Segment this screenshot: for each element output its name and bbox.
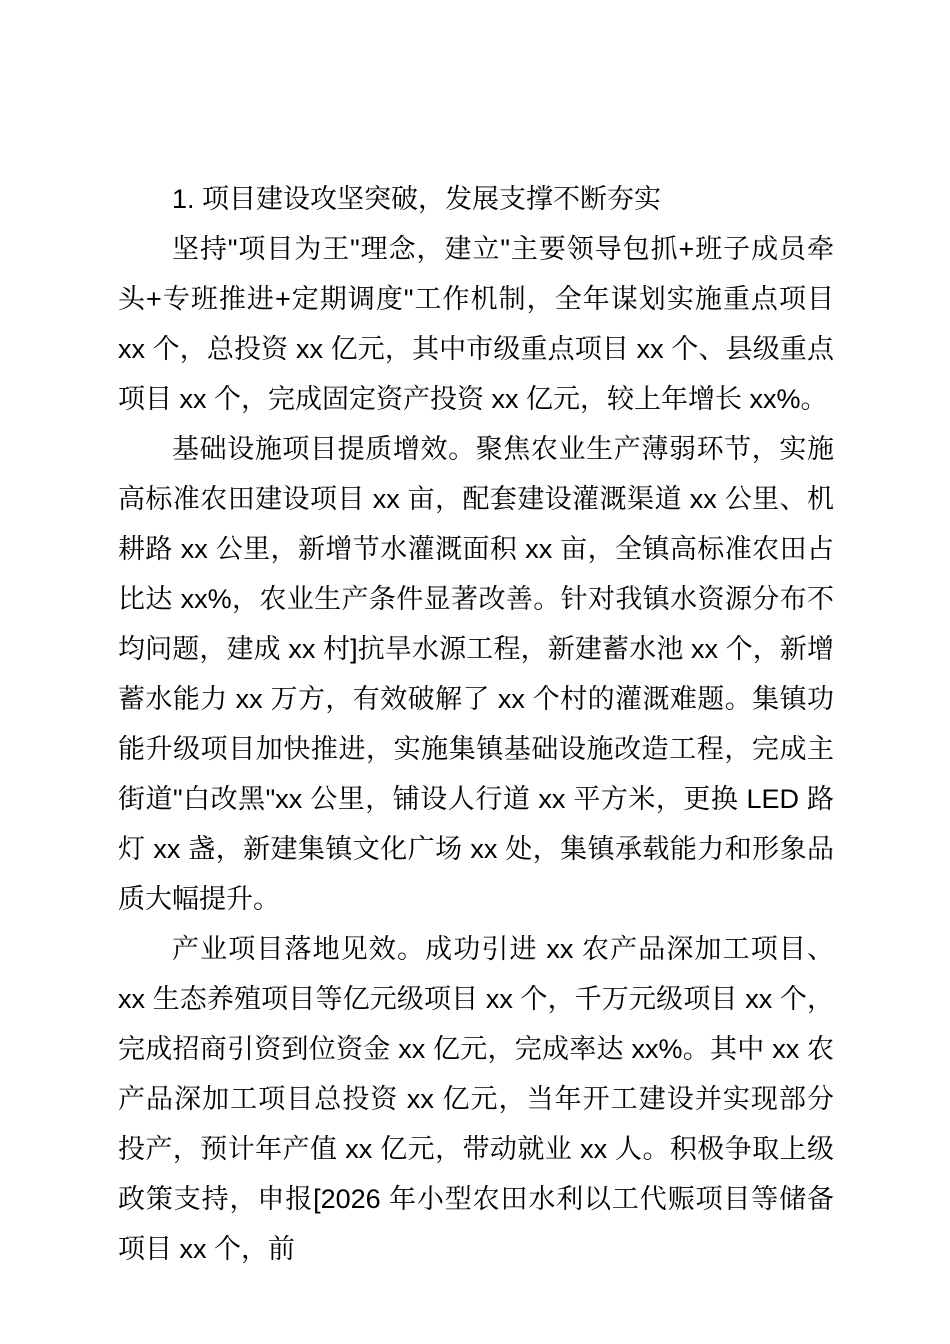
document-content: 1. 项目建设攻坚突破，发展支撑不断夯实 坚持"项目为王"理念，建立"主要领导包… xyxy=(118,174,834,1274)
document-page: { "page": { "background_color": "#ffffff… xyxy=(0,0,950,1344)
paragraph-industry-projects: 产业项目落地见效。成功引进 xx 农产品深加工项目、xx 生态养殖项目等亿元级项… xyxy=(118,924,834,1274)
paragraph-infrastructure: 基础设施项目提质增效。聚焦农业生产薄弱环节，实施高标准农田建设项目 xx 亩，配… xyxy=(118,424,834,924)
page-canvas: 1. 项目建设攻坚突破，发展支撑不断夯实 坚持"项目为王"理念，建立"主要领导包… xyxy=(0,0,950,1344)
paragraph-project-mechanism: 坚持"项目为王"理念，建立"主要领导包抓+班子成员牵头+专班推进+定期调度"工作… xyxy=(118,224,834,424)
section-heading: 1. 项目建设攻坚突破，发展支撑不断夯实 xyxy=(118,174,834,224)
